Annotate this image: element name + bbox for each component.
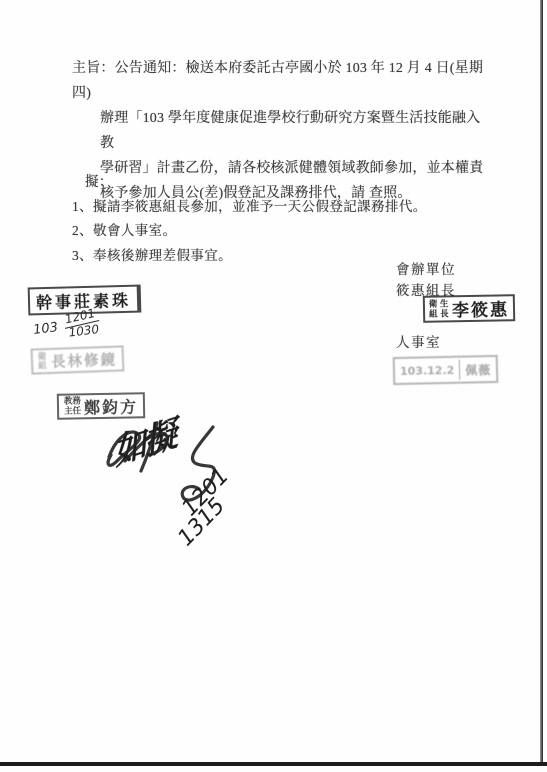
hr-stamp-name: 佩薇 <box>465 361 491 379</box>
scan-border-bottom <box>0 762 547 766</box>
proposal-item: 2、敬會人事室。 <box>72 219 427 244</box>
hr-office-label: 人事室 <box>396 331 441 351</box>
proposal-label: 擬： <box>85 170 427 195</box>
cosign-unit-label: 會辦單位 <box>396 258 456 278</box>
subject-line: 辦理「103 學年度健康促進學校行動研究方案暨生活技能融入教 <box>100 106 492 156</box>
section-chief-name-stamp: 衛組 長林修鏡 <box>31 345 125 374</box>
proposal-section: 擬： 1、擬請李筱惠組長參加，並准予一天公假登記課務排代。 2、敬會人事室。 3… <box>72 170 427 268</box>
handwritten-time-denominator: 1030 <box>66 323 102 341</box>
proposal-item: 1、擬請李筱惠組長參加，並准予一天公假登記課務排代。 <box>72 195 427 220</box>
health-chief-stamp-name: 李筱惠 <box>452 295 509 321</box>
health-chief-stamp-title: 衛組 生長 <box>429 300 449 319</box>
handwritten-date-fraction: 1201 1030 <box>62 308 100 341</box>
health-chief-name-stamp: 衛組 生長 李筱惠 <box>423 294 515 323</box>
scan-border-right <box>540 0 543 766</box>
signature-stroke <box>141 423 167 471</box>
subject-line: 主旨：公告通知：檢送本府委託古亭國小於 103 年 12 月 4 日(星期四) <box>72 56 492 106</box>
hr-office-stamp: 103.12.2 佩薇 <box>393 355 499 385</box>
scanned-document-page: 主旨：公告通知：檢送本府委託古亭國小於 103 年 12 月 4 日(星期四) … <box>0 0 547 772</box>
hr-stamp-date: 103.12.2 <box>400 363 455 377</box>
health-chief-title-col: 衛組 <box>429 300 438 319</box>
dean-stamp-title: 教務 主任 <box>64 397 81 417</box>
section-chief-stamp-title: 衛組 <box>38 352 48 371</box>
dean-stamp-title-row: 主任 <box>64 406 81 416</box>
proposal-item: 3、奉核後辦理差假事宜。 <box>72 244 427 269</box>
health-chief-title-col: 生長 <box>440 300 449 319</box>
approval-signature: 1201 1315 <box>95 405 285 560</box>
hr-stamp-divider <box>459 360 460 380</box>
section-chief-stamp-name: 長林修鏡 <box>51 348 118 371</box>
handwritten-year: 103 <box>32 320 58 338</box>
